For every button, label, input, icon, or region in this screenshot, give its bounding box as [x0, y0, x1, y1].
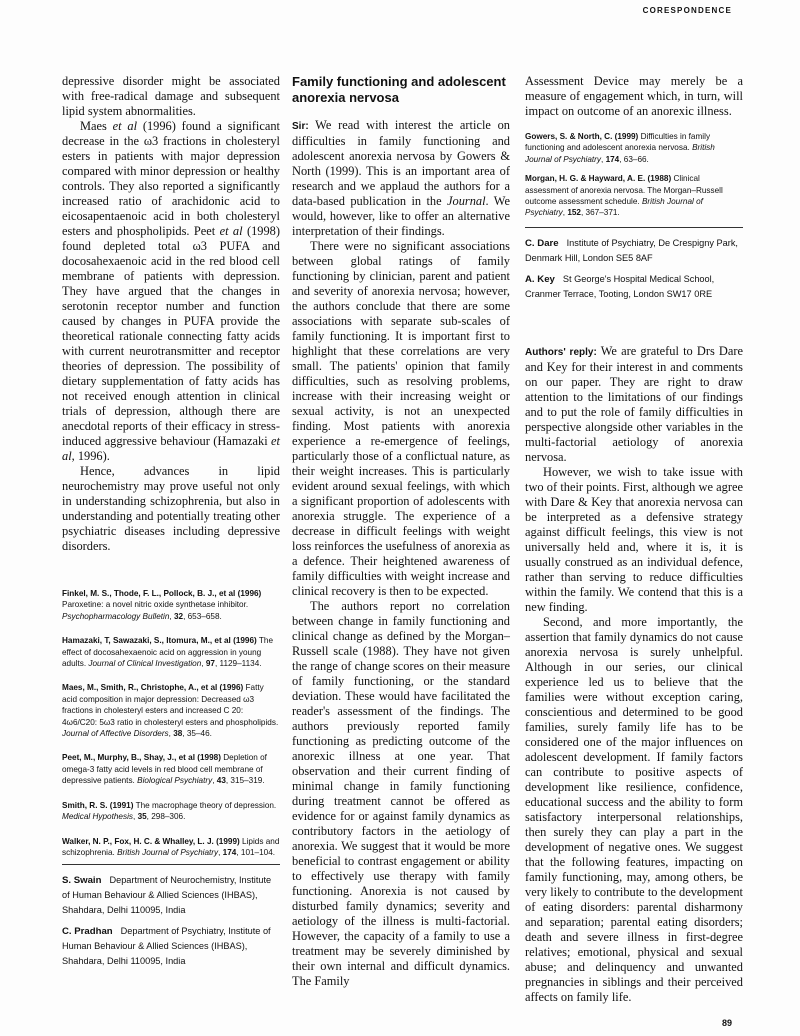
reference-volume: 174: [606, 155, 620, 164]
reply-heading: Authors' reply:: [525, 347, 597, 358]
reference-item: Finkel, M. S., Thode, F. L., Pollock, B.…: [62, 588, 280, 622]
body-paragraph: Maes et al (1996) found a significant de…: [62, 119, 280, 464]
body-paragraph: Assessment Device may merely be a measur…: [525, 74, 743, 119]
reference-volume: 32: [174, 612, 183, 621]
reference-title: The macrophage theory of depression.: [133, 801, 276, 810]
reference-pages: , 367–371.: [581, 208, 620, 217]
reference-volume: 152: [567, 208, 581, 217]
author-affiliation: C. PradhanDepartment of Psychiatry, Inst…: [62, 924, 280, 969]
page-number: 89: [722, 1018, 732, 1028]
author-name: A. Key: [525, 274, 555, 285]
reference-journal: British Journal of Psychiatry: [117, 848, 218, 857]
author-name: C. Dare: [525, 238, 559, 249]
text-run: , 1996).: [72, 449, 110, 463]
text-run-italic: Journal: [447, 194, 486, 208]
reference-volume: 174: [223, 848, 237, 857]
reference-pages: , 298–306.: [147, 812, 186, 821]
reference-item: Peet, M., Murphy, B., Shay, J., et al (1…: [62, 752, 280, 786]
reference-item: Gowers, S. & North, C. (1999) Difficulti…: [525, 131, 743, 165]
reference-pages: , 315–319.: [226, 776, 265, 785]
reference-journal: Journal of Clinical Investigation: [88, 659, 201, 668]
body-paragraph: Sir: We read with interest the article o…: [292, 118, 510, 239]
author-affiliation: A. KeySt George's Hospital Medical Schoo…: [525, 272, 743, 302]
reference-item: Morgan, H. G. & Hayward, A. E. (1988) Cl…: [525, 173, 743, 219]
reference-volume: 97: [206, 659, 215, 668]
author-name: S. Swain: [62, 875, 101, 886]
divider-rule: [525, 227, 743, 228]
reference-authors: Smith, R. S. (1991): [62, 801, 133, 810]
divider-rule: [62, 864, 280, 865]
body-paragraph: Hence, advances in lipid neurochemistry …: [62, 464, 280, 554]
reference-item: Hamazaki, T, Sawazaki, S., Itomura, M., …: [62, 635, 280, 669]
reference-pages: , 101–104.: [236, 848, 275, 857]
reference-journal: Medical Hypothesis: [62, 812, 133, 821]
reference-journal: Journal of Affective Disorders: [62, 729, 169, 738]
reference-pages: , 35–46.: [182, 729, 212, 738]
reference-journal: Biological Psychiatry: [137, 776, 212, 785]
body-paragraph: depressive disorder might be associated …: [62, 74, 280, 119]
reference-authors: Morgan, H. G. & Hayward, A. E. (1988): [525, 174, 671, 183]
text-run: (1998) found depleted total ω3 PUFA and …: [62, 224, 280, 448]
salutation: Sir:: [292, 121, 309, 132]
text-run-italic: et al: [220, 224, 243, 238]
article-title: Family functioning and adolescent anorex…: [292, 74, 510, 106]
reference-item: Walker, N. P., Fox, H. C. & Whalley, L. …: [62, 836, 280, 859]
text-run: Maes: [80, 119, 113, 133]
column-1: depressive disorder might be associated …: [62, 74, 280, 975]
author-affiliation: S. SwainDepartment of Neurochemistry, In…: [62, 873, 280, 918]
reference-journal: Psychopharmacology Bulletin: [62, 612, 169, 621]
reference-pages: , 653–658.: [183, 612, 222, 621]
author-affiliation: C. DareInstitute of Psychiatry, De Cresp…: [525, 236, 743, 266]
column-3: Assessment Device may merely be a measur…: [525, 74, 743, 1005]
reference-authors: Hamazaki, T, Sawazaki, S., Itomura, M., …: [62, 636, 257, 645]
reference-item: Smith, R. S. (1991) The macrophage theor…: [62, 800, 280, 823]
reference-authors: Walker, N. P., Fox, H. C. & Whalley, L. …: [62, 837, 240, 846]
reference-title: Paroxetine: a novel nitric oxide synthet…: [62, 600, 248, 609]
body-paragraph: Authors' reply: We are grateful to Drs D…: [525, 344, 743, 465]
reference-authors: Finkel, M. S., Thode, F. L., Pollock, B.…: [62, 589, 261, 598]
body-paragraph: There were no significant associations b…: [292, 239, 510, 599]
reference-list: Finkel, M. S., Thode, F. L., Pollock, B.…: [62, 588, 280, 858]
body-paragraph: However, we wish to take issue with two …: [525, 465, 743, 615]
author-name: C. Pradhan: [62, 926, 113, 937]
reference-pages: , 63–66.: [619, 155, 649, 164]
text-run: We are grateful to Drs Dare and Key for …: [525, 344, 743, 464]
reference-volume: 35: [138, 812, 147, 821]
reference-volume: 43: [217, 776, 226, 785]
reference-authors: Gowers, S. & North, C. (1999): [525, 132, 638, 141]
reference-authors: Peet, M., Murphy, B., Shay, J., et al (1…: [62, 753, 221, 762]
reference-volume: 38: [173, 729, 182, 738]
text-run-italic: et al: [113, 119, 137, 133]
text-run: (1996) found a significant decrease in t…: [62, 119, 280, 238]
reference-authors: Maes, M., Smith, R., Christophe, A., et …: [62, 683, 243, 692]
reference-pages: , 1129–1134.: [215, 659, 262, 668]
running-head: CORESPONDENCE: [643, 6, 732, 15]
reference-list: Gowers, S. & North, C. (1999) Difficulti…: [525, 131, 743, 219]
reference-item: Maes, M., Smith, R., Christophe, A., et …: [62, 682, 280, 739]
column-2: Family functioning and adolescent anorex…: [292, 74, 510, 989]
body-paragraph: The authors report no correlation betwee…: [292, 599, 510, 989]
body-paragraph: Second, and more importantly, the assert…: [525, 615, 743, 1005]
